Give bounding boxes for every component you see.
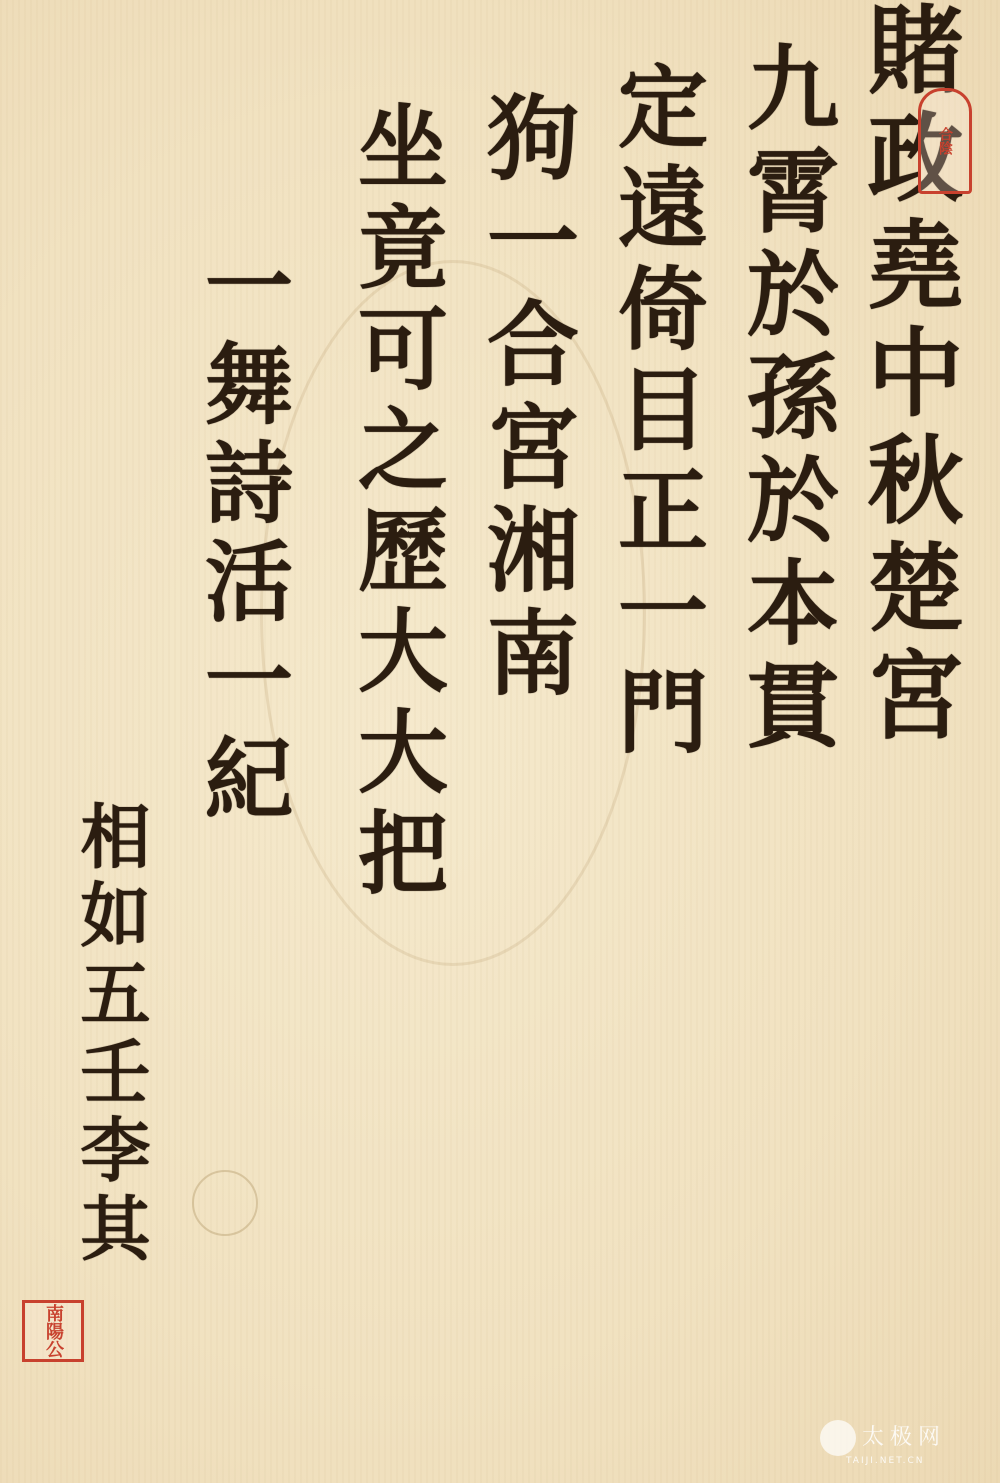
- calligraphy-column-7-signature: 相如五壬李其: [60, 800, 161, 1270]
- watermark-url: TAIJI.NET.CN: [846, 1456, 946, 1466]
- water-ring-mark: [192, 1170, 258, 1236]
- calligraphy-column-4: 狗一合宮湘南: [460, 90, 592, 708]
- watermark-logo-icon: [820, 1420, 856, 1456]
- seal-top-right: 合陰: [918, 88, 972, 194]
- calligraphy-column-6: 一舞詩活一紀: [180, 240, 306, 831]
- calligraphy-column-3: 定遠倚目正一門: [590, 60, 720, 766]
- watermark: 太极网 TAIJI.NET.CN: [820, 1420, 946, 1466]
- seal-bottom-left: 南陽公: [22, 1300, 84, 1362]
- watermark-brand: 太极网: [862, 1425, 946, 1450]
- calligraphy-paper: 賭政堯中秋楚宮 九霄於孫於本貫 定遠倚目正一門 狗一合宮湘南 坐竟可之歷大大把 …: [0, 0, 1000, 1483]
- calligraphy-column-2: 九霄於孫於本貫: [720, 40, 852, 761]
- calligraphy-column-5: 坐竟可之歷大大把: [330, 100, 460, 906]
